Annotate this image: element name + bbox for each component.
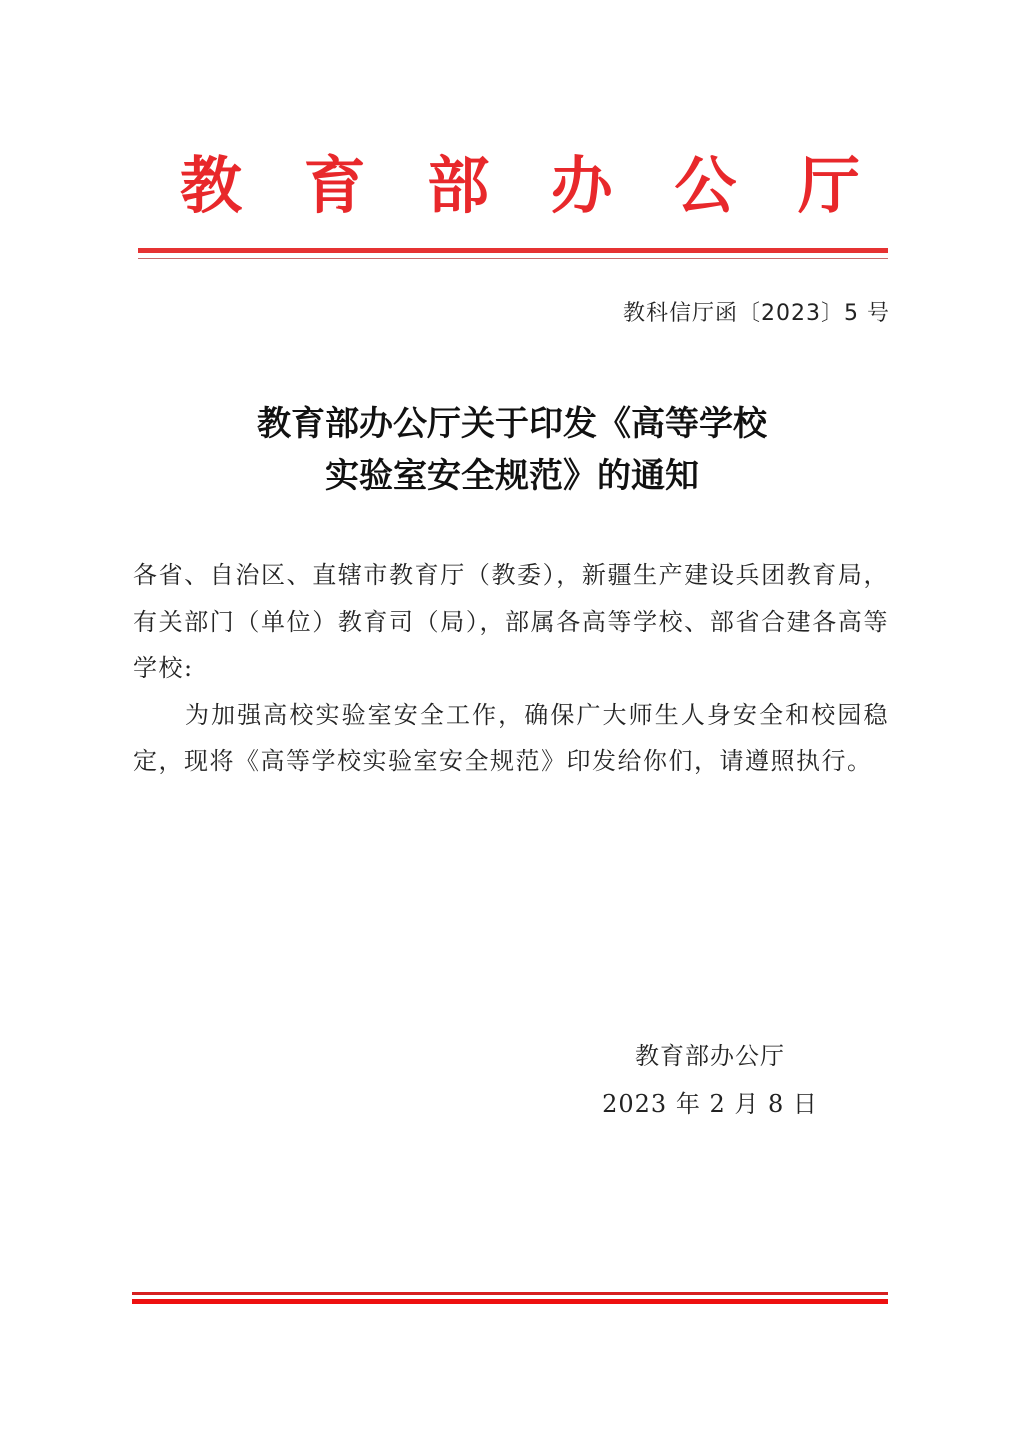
document-body: 各省、自治区、直辖市教育厅（教委），新疆生产建设兵团教育局，有关部门（单位）教育… — [133, 552, 889, 785]
body-paragraph: 为加强高校实验室安全工作，确保广大师生人身安全和校园稳定，现将《高等学校实验室安… — [133, 692, 889, 785]
signature-org: 教育部办公厅 — [600, 1032, 820, 1080]
org-header-char: 厅 — [798, 148, 860, 224]
document-title: 教育部办公厅关于印发《高等学校 实验室安全规范》的通知 — [130, 398, 894, 502]
document-page: 教 育 部 办 公 厅 教科信厅函〔2023〕5 号 教育部办公厅关于印发《高等… — [0, 0, 1024, 1448]
org-header-char: 公 — [674, 148, 736, 224]
signature-date: 2023 年 2 月 8 日 — [600, 1080, 820, 1128]
header-divider-thick — [138, 248, 888, 253]
org-header-char: 部 — [427, 148, 489, 224]
title-line-1: 教育部办公厅关于印发《高等学校 — [130, 398, 894, 450]
org-header: 教 育 部 办 公 厅 — [180, 148, 860, 224]
signature-block: 教育部办公厅 2023 年 2 月 8 日 — [600, 1032, 820, 1128]
document-number: 教科信厅函〔2023〕5 号 — [623, 296, 890, 327]
salutation: 各省、自治区、直辖市教育厅（教委），新疆生产建设兵团教育局，有关部门（单位）教育… — [133, 552, 889, 692]
header-divider-thin — [138, 258, 888, 259]
footer-divider-thick — [132, 1299, 888, 1304]
title-line-2: 实验室安全规范》的通知 — [130, 450, 894, 502]
org-header-char: 教 — [180, 148, 242, 224]
org-header-char: 育 — [304, 148, 366, 224]
org-header-char: 办 — [551, 148, 613, 224]
footer-divider-thin — [132, 1292, 888, 1295]
